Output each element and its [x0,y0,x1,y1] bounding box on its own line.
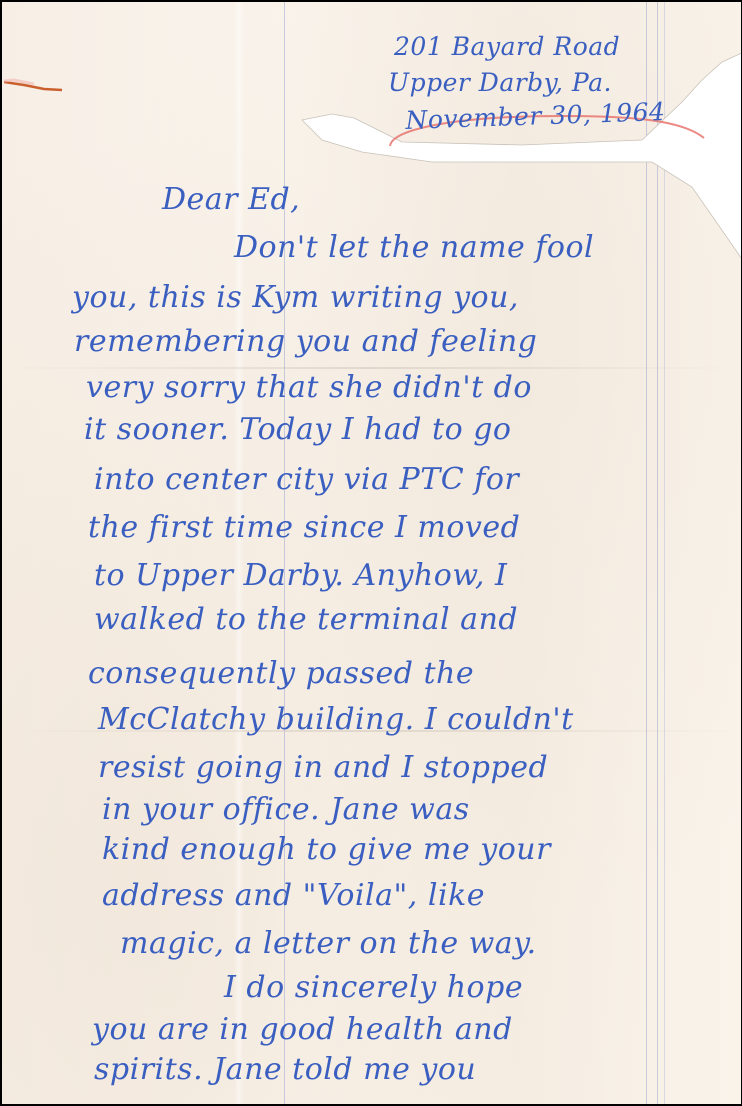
body-line: very sorry that she didn't do [86,370,532,405]
body-line: consequently passed the [88,656,474,691]
body-line: you, this is Kym writing you, [72,280,519,315]
body-line: it sooner. Today I had to go [84,412,511,447]
body-line: you are in good health and [92,1012,513,1047]
ruled-margin-line [664,2,665,1104]
body-line: to Upper Darby. Anyhow, I [94,558,507,593]
ruled-margin-line [657,2,658,1104]
salutation: Dear Ed, [162,182,300,217]
body-line: in your office. Jane was [102,792,470,827]
body-line: McClatchy building. I couldn't [98,702,574,737]
letter-scan: 201 Bayard Road Upper Darby, Pa. Novembe… [0,0,742,1106]
body-line: I do sincerely hope [224,970,523,1005]
body-line: walked to the terminal and [94,602,518,637]
body-line: the first time since I moved [88,510,520,545]
ruled-margin-line [646,2,647,1104]
red-ink-smudge [4,78,62,92]
horizontal-fold-crease [2,367,741,369]
body-line: address and "Voila", like [102,878,485,913]
body-line: kind enough to give me your [102,832,551,867]
body-line: magic, a letter on the way. [120,926,537,961]
body-line: resist going in and I stopped [98,750,548,785]
body-line: Don't let the name fool [234,230,594,265]
body-line: remembering you and feeling [74,324,537,359]
address-line-1: 201 Bayard Road [394,32,620,61]
body-line: spirits. Jane told me you [94,1052,476,1087]
body-line: into center city via PTC for [94,462,519,497]
address-line-2: Upper Darby, Pa. [388,68,612,97]
